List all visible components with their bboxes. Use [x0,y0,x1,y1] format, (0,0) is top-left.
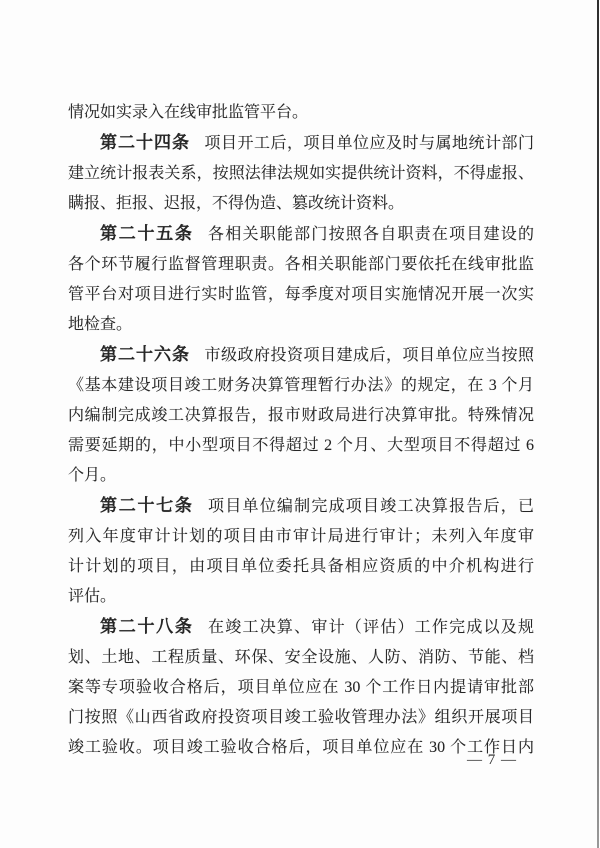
text-line: 列入年度审计计划的项目由市审计局进行审计；未列入年度审 [68,522,534,552]
article-number: 第二十七条 [100,496,194,515]
text-line: 竣工验收。项目竣工验收合格后，项目单位应在 30 个工作日内 [68,733,534,763]
text-line: 门按照《山西省政府投资项目竣工验收管理办法》组织开展项目 [68,703,534,733]
article-text: 项目单位编制完成项目竣工决算报告后，已 [208,498,534,515]
text-line: 个月。 [68,461,534,491]
article-line: 第二十七条项目单位编制完成项目竣工决算报告后，已 [68,491,534,522]
article-line: 第二十四条项目开工后，项目单位应及时与属地统计部门 [68,128,534,159]
article-number: 第二十四条 [100,133,190,152]
text-line: 内编制完成竣工决算报告，报市财政局进行决算审批。特殊情况 [68,401,534,431]
text-line: 案等专项验收合格后，项目单位应在 30 个工作日内提请审批部 [68,673,534,703]
text-line: 管平台对项目进行实时监管，每季度对项目实施情况开展一次实 [68,280,534,310]
article-line: 第二十六条市级政府投资项目建成后，项目单位应当按照 [68,340,534,371]
article-line: 第二十五条各相关职能部门按照各自职责在项目建设的 [68,219,534,250]
text-line: 各个环节履行监督管理职责。各相关职能部门要依托在线审批监 [68,250,534,280]
article-text: 项目开工后，项目单位应及时与属地统计部门 [204,135,534,152]
document-page: { "colors": { "text": "#262626", "backgr… [0,0,600,848]
article-text: 市级政府投资项目建成后，项目单位应当按照 [204,347,534,364]
scan-edge-artifact [597,0,599,848]
text-line: 计计划的项目，由项目单位委托具备相应资质的中介机构进行 [68,552,534,582]
page-number: — 7 — [467,752,517,769]
article-number: 第二十六条 [100,345,190,364]
text-line: 情况如实录入在线审批监管平台。 [68,98,534,128]
article-number: 第二十八条 [100,617,194,636]
text-line: 划、土地、工程质量、环保、安全设施、人防、消防、节能、档 [68,643,534,673]
article-number: 第二十五条 [100,224,194,243]
text-line: 需要延期的，中小型项目不得超过 2 个月、大型项目不得超过 6 [68,431,534,461]
text-line: 地检查。 [68,310,534,340]
article-text: 各相关职能部门按照各自职责在项目建设的 [208,226,534,243]
article-text: 在竣工决算、审计（评估）工作完成以及规 [208,619,534,636]
text-line: 《基本建设项目竣工财务决算管理暂行办法》的规定，在 3 个月 [68,371,534,401]
article-line: 第二十八条在竣工决算、审计（评估）工作完成以及规 [68,612,534,643]
text-line: 建立统计报表关系，按照法律法规如实提供统计资料，不得虚报、 [68,159,534,189]
text-line: 评估。 [68,582,534,612]
document-body: 情况如实录入在线审批监管平台。 第二十四条项目开工后，项目单位应及时与属地统计部… [68,98,534,763]
text-line: 瞒报、拒报、迟报，不得伪造、篡改统计资料。 [68,189,534,219]
